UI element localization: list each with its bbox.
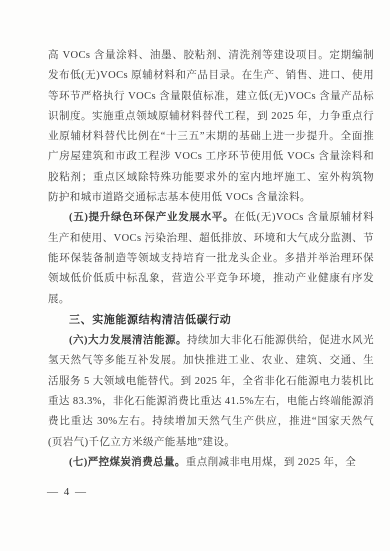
paragraph-text: 持续加大非化石能源供给，促进水风光氢天然气等多能互补发展。加快推进工业、农业、建… [48,335,374,447]
page-number: — 4 — [47,486,88,498]
paragraph-lead: (六)大力发展清洁能源。 [69,335,187,346]
section-heading-text: 三、实施能源结构清洁低碳行动 [69,314,231,326]
paragraph-item-5: (五)提升绿色环保产业发展水平。在低(无)VOCs 含量原辅材料生产和使用、VO… [48,208,374,309]
paragraph-text: 重点削减非电用煤，到 2025 年，全 [186,457,356,468]
document-page: 高 VOCs 含量涂料、油墨、胶粘剂、清洗剂等建设项目。定期编制发布低(无)VO… [0,0,390,551]
paragraph-item-6: (六)大力发展清洁能源。持续加大非化石能源供给，促进水风光氢天然气等多能互补发展… [48,331,374,453]
paragraph-lead: (七)严控煤炭消费总量。 [69,457,186,468]
paragraph-item-7: (七)严控煤炭消费总量。重点削减非电用煤，到 2025 年，全 [48,453,374,473]
paragraph-continuation: 高 VOCs 含量涂料、油墨、胶粘剂、清洗剂等建设项目。定期编制发布低(无)VO… [48,46,374,208]
section-heading: 三、实施能源结构清洁低碳行动 [48,310,374,331]
body-text: 高 VOCs 含量涂料、油墨、胶粘剂、清洗剂等建设项目。定期编制发布低(无)VO… [48,46,374,473]
paragraph-text: 高 VOCs 含量涂料、油墨、胶粘剂、清洗剂等建设项目。定期编制发布低(无)VO… [48,50,374,203]
paragraph-lead: (五)提升绿色环保产业发展水平。 [69,212,234,223]
paragraph-text: 在低(无)VOCs 含量原辅材料生产和使用、VOCs 污染治理、超低排放、环境和… [48,212,374,304]
